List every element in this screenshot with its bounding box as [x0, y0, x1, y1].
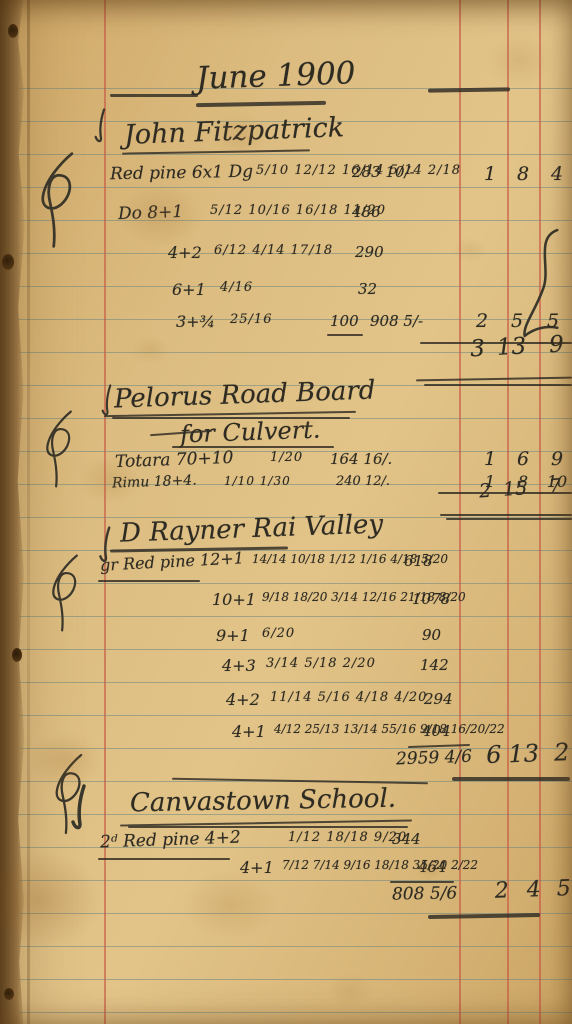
ledger-row: 10+1 9/18 18/20 3/14 12/16 21/18 8/20 10…	[0, 590, 572, 620]
amount-pounds: 1	[474, 163, 506, 185]
section-heading: Canvastown School.	[130, 784, 397, 819]
ledger-row: 9+1 6/20 90	[0, 626, 572, 656]
total-pounds: 6	[477, 740, 510, 769]
title-dash-right	[428, 87, 510, 92]
total-rule-below	[446, 518, 572, 520]
amount-shillings: 5	[501, 310, 533, 332]
row-dimensions: 7/12 7/14 9/16 18/18 35/20 2/22	[282, 858, 478, 872]
stitch-hole	[4, 988, 14, 1000]
ledger-row: 4+3 3/14 5/18 2/20 142	[0, 656, 572, 686]
amount-pounds: 1	[474, 448, 506, 470]
total-pounds: 2	[485, 878, 518, 904]
row-description: 6+1	[172, 280, 206, 299]
total-rule-below	[424, 384, 572, 386]
ledger-row: Do 8+1 5/12 10/16 16/18 11/20 486	[0, 203, 572, 233]
row-description: 9+1	[216, 626, 250, 645]
row-description: 4+1	[240, 858, 274, 877]
check-tick-icon	[92, 108, 110, 146]
row-quantity: 32	[358, 280, 377, 298]
ledger-row: 6+1 4/16 32	[0, 280, 572, 310]
total-shillings: 15	[498, 477, 531, 501]
row-quantity: 90	[422, 626, 441, 644]
total-shillings: 4	[517, 877, 550, 903]
row-quantity: 404	[422, 722, 451, 740]
row-description: 2ᵈ Red pine 4+2	[100, 828, 241, 853]
total-rule-below	[440, 514, 572, 516]
row-quantity: 290	[355, 243, 384, 261]
row-description: gr Red pine 12+1	[100, 548, 245, 575]
ledger-row: 4+2 11/14 5/16 4/18 4/20 294	[0, 690, 572, 720]
total-rule-below	[452, 777, 570, 781]
total-pounds: 3	[461, 335, 494, 363]
heading-underline	[122, 149, 310, 154]
amount-pounds: 2	[466, 310, 498, 332]
total-pence: 5	[547, 876, 572, 902]
ledger-row: gr Red pine 12+1 14/14 10/18 1/12 1/16 4…	[0, 552, 572, 582]
amount-pence: 4	[541, 163, 572, 185]
row-description: Do 8+1	[118, 202, 184, 224]
row-quantity: 344	[392, 830, 421, 848]
title-dash-left	[110, 94, 198, 97]
row-description: 4+1	[232, 722, 266, 741]
row-quantity: 1078	[412, 590, 450, 608]
total-shillings: 13	[495, 333, 528, 361]
row-quantity: 142	[420, 656, 449, 674]
row-quantity: 486	[352, 203, 381, 221]
ledger-page: June 1900 John Fitzpatrick Red pine 6x1 …	[0, 0, 572, 1024]
title-underline	[196, 101, 326, 107]
total-pence: 7	[538, 474, 571, 498]
amount-shillings: 8	[507, 163, 539, 185]
row-dimensions: 11/14 5/16 4/18 4/20	[270, 690, 427, 705]
row-dimensions: 6/12 4/14 17/18	[214, 243, 333, 258]
ledger-row: 2ᵈ Red pine 4+2 1/12 18/18 9/20 344	[0, 830, 572, 860]
row-dimensions: 1/12 18/18 9/20	[288, 830, 407, 845]
total-pence: 9	[540, 331, 572, 359]
total-shillings: 13	[507, 739, 540, 768]
total-rule-below	[428, 913, 540, 919]
row-description: 4+3	[222, 656, 256, 675]
total-pence: 2	[545, 738, 572, 767]
amount-shillings: 6	[507, 448, 539, 470]
total-rule-below	[416, 377, 572, 382]
row-quantity: 618	[404, 552, 433, 570]
heading-underline	[128, 826, 408, 828]
amount-pence: 9	[541, 448, 572, 470]
row-quantity: 294	[424, 690, 453, 708]
row-dimensions: 3/14 5/18 2/20	[266, 656, 376, 671]
row-description: 10+1	[212, 590, 256, 609]
ledger-row: 4+2 6/12 4/14 17/18 290	[0, 243, 572, 273]
section-heading: John Fitzpatrick	[124, 112, 345, 151]
row-quantity: 464	[418, 858, 447, 876]
row-description: 4+2	[226, 690, 260, 709]
row-dimensions: 4/12 25/13 13/14 55/16 9/18 16/20/22	[274, 722, 505, 736]
total-pounds: 2	[468, 479, 501, 503]
row-description: 4+2	[168, 243, 202, 262]
description-underline	[98, 580, 200, 582]
stitch-hole	[8, 24, 18, 38]
page-title: June 1900	[195, 55, 356, 97]
row-dimensions: 4/16	[220, 280, 253, 295]
amount-row: 1 8 4	[0, 163, 572, 195]
row-dimensions: 6/20	[262, 626, 295, 641]
amount-pence: 5	[537, 310, 569, 332]
